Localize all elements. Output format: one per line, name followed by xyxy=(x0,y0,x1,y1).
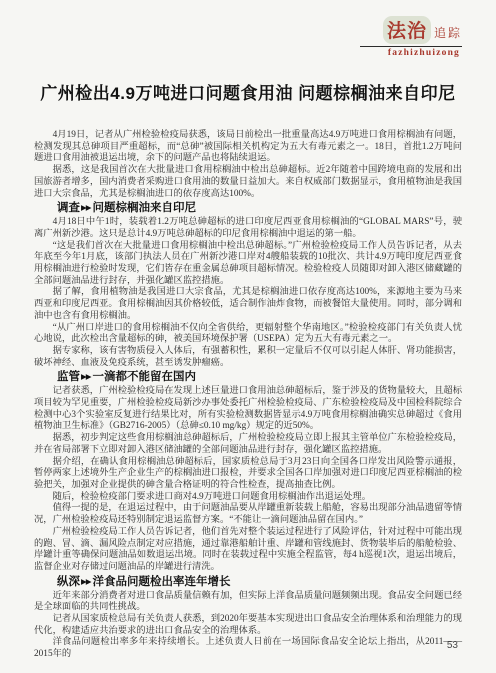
paragraph: “从广州口岸进口的食用棕榈油不仅向全省供给，更辐射整个华南地区。”检验检疫部门有… xyxy=(34,323,462,346)
section-heading: 调查▶▶问题棕榈油来自印尼 xyxy=(34,200,462,217)
section-heading-text: 问题棕榈油来自印尼 xyxy=(93,202,197,214)
paragraph: 记者获悉，广州检验检疫局在发现上述巨量进口食用油总砷超标后，鉴于涉及的货物量较大… xyxy=(34,386,462,433)
paragraph: 据专家称，该有害物质侵入人体后，有强蓄积性，累积一定量后不仅可以引起人体肝、肾功… xyxy=(34,346,462,369)
magazine-page: 法治 追踪 fazhizhuizong 广州检出4.9万吨进口问题食用油 问题棕… xyxy=(0,0,496,673)
paragraph: 近年来部分消费者对进口食品质量信赖有加，但实际上洋食品质量问题频频出现。食品安全… xyxy=(34,591,462,614)
paragraph: 据悉，初步判定这些食用棕榈油总砷超标后，广州检验检疫局立即上报其主管单位广东检验… xyxy=(34,433,462,456)
section-heading-label: 监管 xyxy=(57,371,80,383)
paragraph: 据介绍，在确认食用棕榈油总砷超标后，国家质检总局于3月23日向全国各口岸发出风险… xyxy=(34,457,462,492)
heading-arrow-icon: ▶▶ xyxy=(81,203,91,212)
masthead: 法治 追踪 fazhizhuizong xyxy=(34,16,462,64)
section-heading: 监管▶▶一滴都不能留在国内 xyxy=(34,369,462,386)
section-heading-text: 一滴都不能留在国内 xyxy=(93,371,197,383)
paragraph: “这是我们首次在大批量进口食用棕榈油中检出总砷超标。”广州检验检疫局工作人员告诉… xyxy=(34,241,462,288)
section-heading: 纵深▶▶洋食品问题检出率连年增长 xyxy=(34,574,462,591)
logo-main-text: 法治 xyxy=(383,16,431,44)
article-body: 4月19日，记者从广州检验检疫局获悉，该局日前检出一批重量高达4.9万吨进口食用… xyxy=(34,130,462,661)
paragraph: 广州检验检疫局工作人员告诉记者，他们首先对整个装运过程进行了风险评估，针对过程中… xyxy=(34,527,462,574)
paragraph: 值得一提的是，在退运过程中，由于问题油品要从岸罐重新装载上船舱，容易出现部分油品… xyxy=(34,503,462,526)
paragraph: 据悉，这是我国首次在大批量进口食用棕榈油中检出总砷超标。近2年随着中国跨境电商的… xyxy=(34,165,462,200)
paragraph: 洋食品问题检出率多年来持续增长。上述负责人日前在一场国际食品安全论坛上指出，从2… xyxy=(34,637,462,660)
paragraph: 据了解，食用植物油是我国进口大宗食品，尤其是棕榈油进口依存度高达100%，来源地… xyxy=(34,287,462,322)
paragraph: 4月19日，记者从广州检验检疫局获悉，该局日前检出一批重量高达4.9万吨进口食用… xyxy=(34,130,462,165)
paragraph: 4月18日中午1时，装载着1.2万吨总砷超标的进口印度尼西亚食用棕榈油的“GLO… xyxy=(34,217,462,240)
page-number: 53 xyxy=(447,640,458,651)
magazine-logo: 法治 追踪 xyxy=(383,16,462,44)
logo-sub-text: 追踪 xyxy=(434,24,462,41)
article-title: 广州检出4.9万吨进口问题食用油 问题棕榈油来自印尼 xyxy=(34,79,462,104)
section-heading-label: 纵深 xyxy=(57,576,80,588)
logo-pinyin: fazhizhuizong xyxy=(388,48,462,58)
paragraph: 随后，检验检疫部门要求进口商对4.9万吨进口问题食用棕榈油作出退运处理。 xyxy=(34,492,462,504)
section-heading-text: 洋食品问题检出率连年增长 xyxy=(93,576,231,588)
logo-rule xyxy=(360,46,462,47)
heading-arrow-icon: ▶▶ xyxy=(81,577,91,586)
heading-arrow-icon: ▶▶ xyxy=(81,372,91,381)
paragraph: 记者从国家质检总局有关负责人获悉，到2020年要基本实现进出口食品安全治理体系和… xyxy=(34,614,462,637)
section-heading-label: 调查 xyxy=(57,202,80,214)
